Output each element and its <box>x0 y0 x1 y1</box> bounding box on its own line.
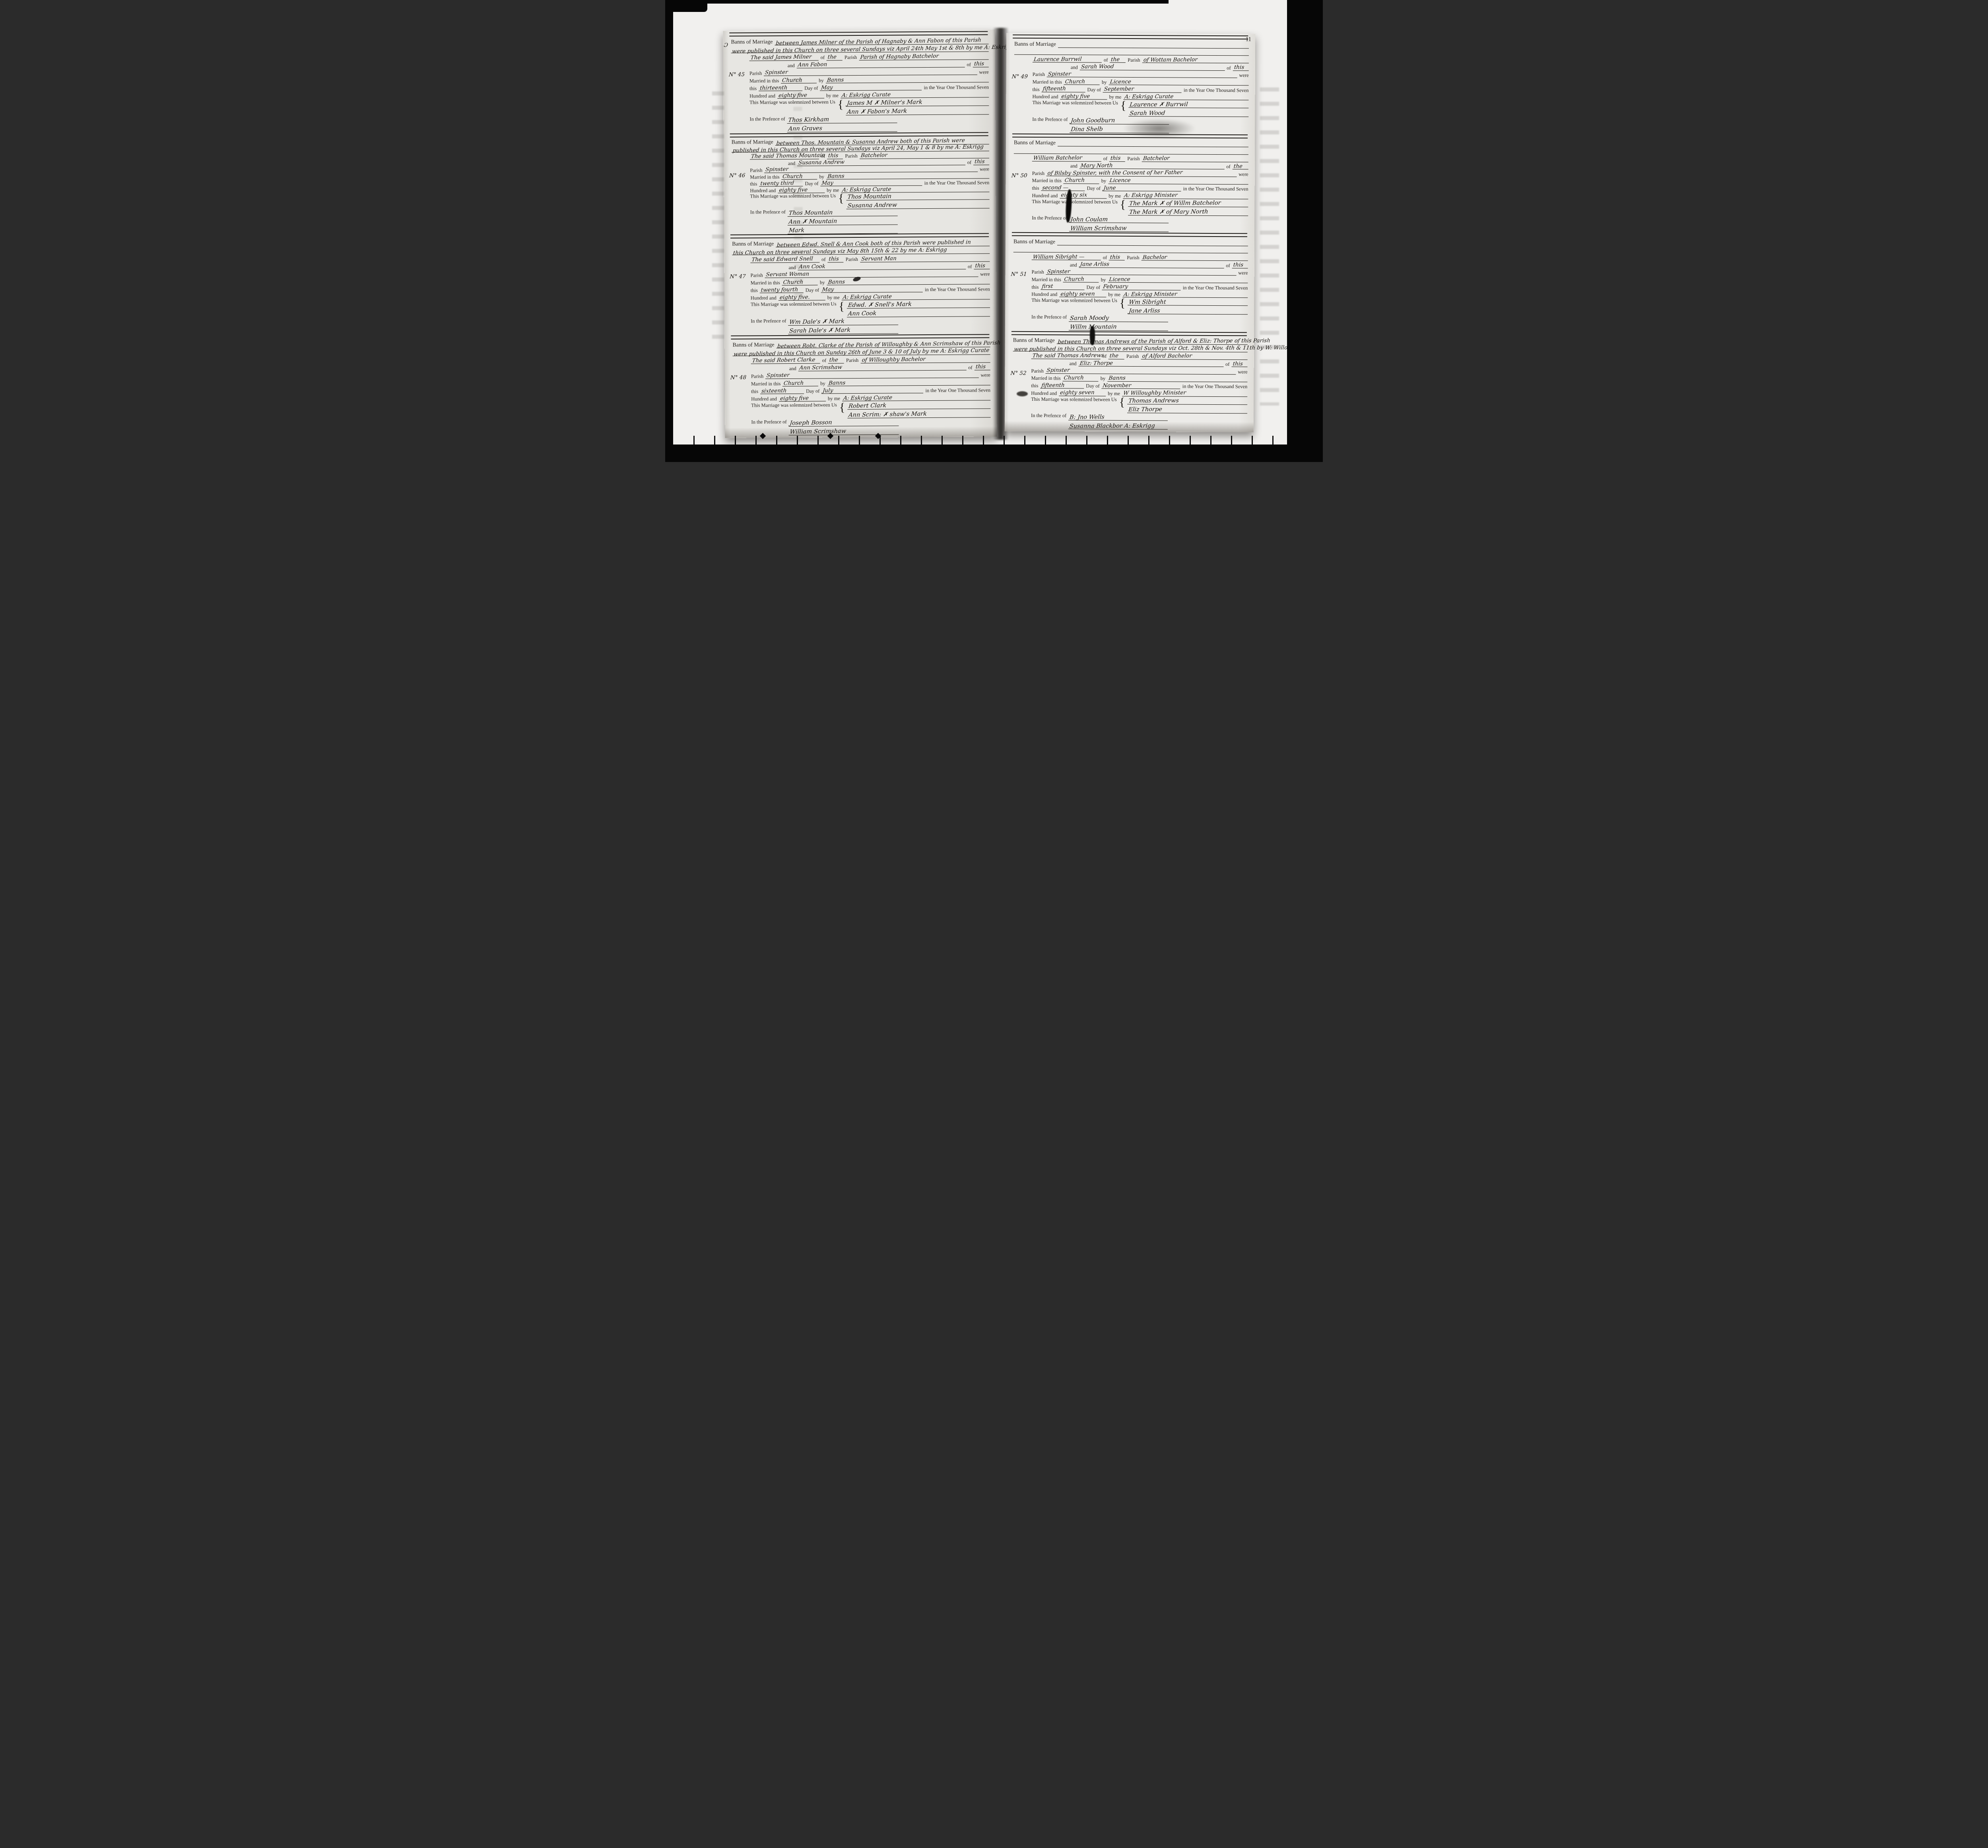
day-of-label: Day of <box>1087 186 1101 191</box>
married-line: Married in this Church by Banns <box>751 379 990 386</box>
hundred-and-label: Hundred and <box>1031 391 1057 396</box>
witness-2-field: Willm Mountain <box>1069 323 1168 331</box>
groom-signature-field: Thos Mountain <box>846 192 989 200</box>
marriage-day: twenty fourth <box>761 287 798 293</box>
officiant-signature: A: Eskrigg Curate <box>843 395 892 401</box>
bride-signature: Ann Scrim: ✗ shaw's Mark <box>848 411 927 418</box>
groom-signature-field: Wm Sibright <box>1128 298 1248 306</box>
day-of-label: Day of <box>1086 384 1099 389</box>
of-entry: this <box>1233 64 1249 71</box>
record-body: N° 45 Banns of Marriage between James Mi… <box>728 37 989 133</box>
bride-parish: Spinster <box>1048 72 1071 77</box>
film-edge-top-left <box>665 0 707 12</box>
solemnized-line: This Marriage was solemnized between Us … <box>751 402 990 419</box>
groom-signature: Laurence ✗ Burrwil <box>1129 101 1188 107</box>
groom-parish: of Willoughby Bachelor <box>862 357 926 363</box>
bride-line: and Eliz: Thorpe of this <box>1070 360 1248 367</box>
bride-line: and Jane Arliss of this <box>1070 261 1248 268</box>
year-line-label: in the Year One Thousand Seven <box>1183 186 1248 192</box>
brace-glyph: { <box>839 301 845 312</box>
marriage-year: eighty five <box>1061 94 1090 99</box>
marriage-month: November <box>1103 383 1132 388</box>
solemnized-label: This Marriage was solemnized between Us <box>1031 298 1117 303</box>
bride-name: Ann Cook <box>799 264 826 270</box>
parish-label: Parish <box>751 273 763 278</box>
solemnized-label: This Marriage was solemnized between Us <box>1032 199 1118 204</box>
right-page-records: N° 49 Banns of Marriage Laurence Burrwil… <box>1005 33 1255 433</box>
of-entry: this <box>1232 262 1248 268</box>
of-label: of <box>968 264 972 269</box>
and-label: and <box>788 161 795 166</box>
witness-2-signature: William Scrimshaw <box>1070 225 1127 231</box>
year-line: Hundred and eighty six by me A: Eskrigg … <box>1032 192 1248 199</box>
record-body: N° 49 Banns of Marriage Laurence Burrwil… <box>1011 40 1249 134</box>
of-entry: the <box>828 357 844 363</box>
of-label: of <box>1226 164 1230 169</box>
hundred-and-label: Hundred and <box>751 295 777 301</box>
banns-label: Banns of Marriage <box>1013 239 1055 245</box>
groom-parish-field: Servant Man <box>860 255 990 262</box>
film-edge-right <box>1287 0 1323 462</box>
bride-name-field: Jane Arliss <box>1079 261 1224 268</box>
were-label: were <box>979 70 989 75</box>
presence-label: In the Prefence of <box>751 419 786 425</box>
solemnized-label: This Marriage was solemnized between Us <box>751 402 837 408</box>
by-me-label: by me <box>826 93 839 99</box>
groom-signature-field: Edwd. ✗ Snell's Mark <box>847 301 990 309</box>
officiant-signature: A: Eskrigg Curate <box>843 294 892 300</box>
month-field: May <box>820 83 922 91</box>
witness-2-field: Dina Shelb <box>1070 126 1169 133</box>
witness-1-field: B: Jno Wells <box>1068 413 1168 421</box>
witness-signatures: B: Jno Wells Susanna Blackbor A: Eskrigg <box>1068 413 1168 430</box>
year-field: eighty six <box>1060 192 1107 199</box>
bride-name: Jane Arliss <box>1080 262 1110 268</box>
were-label: were <box>980 167 989 172</box>
witness-line: In the Prefence of Joseph Bosson William… <box>751 418 990 435</box>
this-label: this <box>1033 87 1040 92</box>
were-label: were <box>1238 369 1247 375</box>
date-line: this fifteenth Day of November in the Ye… <box>1031 382 1247 389</box>
church-entry: Church <box>1064 277 1085 282</box>
groom-signature-field: Robert Clark <box>847 402 990 410</box>
groom-parish-field: Batchelor <box>860 151 989 159</box>
marriage-record: N° 51 Banns of Marriage William Sibright… <box>1011 232 1248 332</box>
groom-line: The said Thomas Andrews of the Parish of… <box>1031 352 1248 359</box>
year-line: Hundred and eighty five by me A: Eskrigg… <box>1032 93 1248 100</box>
of-label: of <box>1227 66 1231 71</box>
parish-label: Parish <box>751 374 763 379</box>
bride-name-field: Ann Cook <box>798 262 966 270</box>
year-line-label: in the Year One Thousand Seven <box>924 85 989 90</box>
brace-glyph: { <box>1119 397 1125 407</box>
groom-signature-field: Thomas Andrews <box>1127 397 1247 405</box>
groom-name: Laurence Burrwil <box>1033 56 1082 62</box>
marriage-year: eighty five. <box>779 295 810 301</box>
marriage-year: eighty seven <box>1060 390 1095 396</box>
bride-name-field: Mary North <box>1079 162 1225 170</box>
year-line-label: in the Year One Thousand Seven <box>924 180 990 186</box>
church-field: Church <box>1064 177 1099 184</box>
month-field: September <box>1103 85 1182 93</box>
banns-label: Banns of Marriage <box>732 343 774 349</box>
church-entry: Church <box>782 174 803 179</box>
groom-line: William Batchelor of this Parish Batchel… <box>1032 154 1248 162</box>
solemnized-line: This Marriage was solemnized between Us … <box>750 192 989 210</box>
church-entry: Church <box>782 78 803 83</box>
groom-name: William Batchelor <box>1033 155 1082 161</box>
hundred-and-label: Hundred and <box>1032 193 1058 198</box>
solemnized-line: This Marriage was solemnized between Us … <box>1032 199 1248 215</box>
marriage-year: eighty six <box>1060 193 1087 198</box>
groom-name-field: The said Edward Snell <box>750 256 819 263</box>
year-line: Hundred and eighty five by me A: Eskrigg… <box>749 91 989 99</box>
method-field: Banns <box>1107 375 1247 382</box>
year-line: Hundred and eighty five by me A: Eskrigg… <box>751 394 990 402</box>
solemnized-line: This Marriage was solemnized between Us … <box>749 99 989 116</box>
marriage-day: thirteenth <box>759 85 788 91</box>
witness-1-signature: John Goodburn <box>1071 118 1116 124</box>
method-field: Licence <box>1109 78 1248 86</box>
marriage-day: fifteenth <box>1043 86 1066 92</box>
marriage-month: February <box>1103 284 1128 290</box>
witness-signatures: Thos Mountain Ann ✗ Mountain Mark <box>788 209 898 234</box>
groom-name-field: The said Thomas Mountain <box>750 152 819 159</box>
and-label: and <box>1071 65 1078 70</box>
groom-parish: Servant Man <box>861 256 897 262</box>
solemnized-line: This Marriage was solemnized between Us … <box>1031 396 1247 413</box>
left-page-records: N° 45 Banns of Marriage between James Mi… <box>723 29 997 438</box>
bride-of-word: this <box>975 364 986 370</box>
day-of-label: Day of <box>805 181 818 186</box>
witness-1-field: Sarah Moody <box>1069 314 1168 322</box>
officiant-field: A: Eskrigg Curate <box>842 293 990 301</box>
bride-parish: of Bilsby Spinster, with the Consent of … <box>1047 170 1183 177</box>
married-in-this-label: Married in this <box>1032 178 1062 183</box>
groom-parish: Parish of Hagnaby Batchelor <box>860 54 939 60</box>
bride-name-field: Eliz: Thorpe <box>1079 360 1224 367</box>
married-line: Married in this Church by Licence <box>1032 177 1248 184</box>
brace-glyph: { <box>839 402 845 413</box>
by-label: by <box>1102 80 1107 85</box>
by-me-label: by me <box>1109 194 1121 199</box>
of-entry: this <box>973 60 989 67</box>
groom-line: The said Edward Snell of this Parish Ser… <box>750 255 990 263</box>
groom-parish-field: of Alford Bachelor <box>1141 353 1247 360</box>
by-me-label: by me <box>1109 95 1121 100</box>
brace-glyph: { <box>1120 199 1126 210</box>
day-field: sixteenth <box>760 387 804 394</box>
by-label: by <box>820 381 825 386</box>
month-field: July <box>821 386 923 394</box>
marriage-record: N° 47 Banns of Marriage between Edwd. Sn… <box>730 233 990 335</box>
parish-label: Parish <box>1032 270 1044 275</box>
bride-parish: Spinster <box>766 373 790 379</box>
date-line: this sixteenth Day of July in the Year O… <box>751 386 990 394</box>
parish-label: Parish <box>1128 58 1140 63</box>
this-label: this <box>1031 383 1038 388</box>
parish-label: Parish <box>1031 369 1043 374</box>
banns-entry-line-1 <box>1058 41 1249 49</box>
day-field: fifteenth <box>1042 85 1085 92</box>
marriage-year: eighty five <box>779 187 808 193</box>
marriage-method: Licence <box>1110 79 1132 85</box>
film-edge-bottom <box>665 445 1323 462</box>
officiant-field: A: Eskrigg Curate <box>841 186 989 193</box>
groom-signature: The Mark ✗ of Willm Batchelor <box>1129 200 1221 207</box>
banns-line-2: this Church on three several Sundays viz… <box>732 247 990 255</box>
solemnized-label: This Marriage was solemnized between Us <box>1031 396 1117 402</box>
of-entry: this <box>828 256 844 262</box>
parish-label: Parish <box>846 358 858 363</box>
bride-name-field: Susanna Andrew <box>797 158 965 166</box>
bride-parish-line: Parish Spinster were <box>1032 268 1248 276</box>
witness-2-field: Ann Graves <box>787 124 897 132</box>
date-line: this twenty fourth Day of May in the Yea… <box>751 285 990 293</box>
officiant-field: W Willoughby Minister <box>1122 390 1247 397</box>
bride-parish-line: Parish Spinster were <box>1033 70 1249 78</box>
marriage-month: July <box>823 388 834 394</box>
witness-signatures: Sarah Moody Willm Mountain <box>1069 314 1168 331</box>
marriage-year: eighty five <box>780 396 809 402</box>
witness-3-signature: Mark <box>788 228 805 234</box>
banns-line-1: Banns of Marriage <box>1013 238 1248 246</box>
witness-2-signature: Ann Graves <box>788 126 823 132</box>
year-field: eighty five <box>1060 93 1107 100</box>
banns-entry-line-1 <box>1057 239 1248 246</box>
couple-signatures: Thomas Andrews Eliz Thorpe <box>1127 397 1247 413</box>
parish-label: Parish <box>749 71 762 76</box>
were-label: were <box>981 373 990 378</box>
bride-line: and Ann Scrimshaw of this <box>789 363 990 371</box>
were-label: were <box>980 272 990 277</box>
record-body: N° 50 Banns of Marriage William Batchelo… <box>1011 139 1248 233</box>
church-field: Church <box>782 380 818 386</box>
witness-2-signature: Willm Mountain <box>1070 324 1117 330</box>
banns-line-1: Banns of Marriage <box>1014 140 1248 148</box>
marriage-record: N° 50 Banns of Marriage William Batchelo… <box>1011 133 1248 233</box>
married-in-this-label: Married in this <box>749 78 779 84</box>
this-label: this <box>749 86 757 91</box>
banns-label: Banns of Marriage <box>1013 338 1055 344</box>
day-field: twenty third <box>759 180 803 187</box>
witness-signatures: Thos Kirkham Ann Graves <box>787 116 897 132</box>
parish-label: Parish <box>1032 171 1044 176</box>
parish-label: Parish <box>846 257 858 262</box>
married-line: Married in this Church by Licence <box>1031 276 1248 283</box>
marriage-year: eighty five <box>778 93 807 99</box>
of-label: of <box>1226 263 1230 268</box>
marriage-method: Licence <box>1109 178 1131 184</box>
by-me-label: by me <box>827 295 840 301</box>
witness-line: In the Prefence of Wm Dale's ✗ Mark Sara… <box>751 317 990 334</box>
record-separator <box>1013 35 1248 40</box>
witness-2-signature: Ann ✗ Mountain <box>788 219 837 225</box>
bride-name: Eliz: Thorpe <box>1079 361 1113 366</box>
bride-parish: Spinster <box>765 70 788 76</box>
bride-line: and Sarah Wood of this <box>1071 63 1249 71</box>
date-line: this first Day of February in the Year O… <box>1031 283 1248 291</box>
marriage-method: Banns <box>827 174 845 179</box>
banns-line-2 <box>1013 246 1248 254</box>
banns-line-1: Banns of Marriage between Thomas Andrews… <box>1013 337 1248 345</box>
day-of-label: Day of <box>804 86 818 91</box>
officiant-field: A: Eskrigg Curate <box>842 394 990 402</box>
groom-name-field: William Sibright — <box>1032 253 1101 260</box>
witness-1-signature: B: Jno Wells <box>1069 414 1105 420</box>
bride-of-word: this <box>975 263 986 269</box>
witness-line: In the Prefence of John Goodburn Dina Sh… <box>1032 117 1248 134</box>
bride-parish: Servant Woman <box>766 272 810 278</box>
banns-entry-line-2 <box>1013 246 1248 254</box>
witness-2-field: William Scrimshaw <box>1069 225 1169 232</box>
witness-2-signature: Sarah Dale's ✗ Mark <box>789 328 851 334</box>
day-of-label: Day of <box>1086 285 1100 290</box>
bride-of-word: this <box>1234 65 1244 70</box>
marriage-day: first <box>1042 284 1053 289</box>
church-field: Church <box>1063 375 1099 381</box>
were-label: were <box>1238 270 1248 276</box>
record-number: N° 49 <box>1011 74 1028 80</box>
bride-parish-field: Servant Woman <box>765 270 978 278</box>
church-entry: Church <box>783 280 804 285</box>
of-label: of <box>1103 156 1107 161</box>
groom-name-field: William Batchelor <box>1032 154 1101 161</box>
this-label: this <box>751 389 758 394</box>
marriage-month: May <box>821 181 834 186</box>
year-line-label: in the Year One Thousand Seven <box>1183 285 1248 291</box>
banns-label: Banns of Marriage <box>1014 42 1056 48</box>
groom-parish: Bachelor <box>1142 255 1167 260</box>
by-label: by <box>1101 278 1106 283</box>
record-separator <box>729 31 988 36</box>
banns-entry-line-1: between Thomas Andrews of the Parish of … <box>1057 337 1248 345</box>
banns-text-2: this Church on three several Sundays viz… <box>733 247 947 256</box>
bride-parish: Spinster <box>765 167 789 173</box>
of-label: of <box>1225 362 1229 367</box>
groom-name: William Sibright — <box>1033 254 1085 260</box>
of-entry: this <box>1109 155 1125 161</box>
of-entry: this <box>974 262 990 269</box>
married-line: Married in this Church by Licence <box>1033 78 1249 85</box>
by-label: by <box>820 280 825 285</box>
hundred-and-label: Hundred and <box>749 93 775 99</box>
marriage-method: Banns <box>828 280 845 285</box>
married-line: Married in this Church by Banns <box>1031 374 1247 382</box>
bride-signature: The Mark ✗ of Mary North <box>1129 209 1208 215</box>
bride-parish-line: Parish of Bilsby Spinster, with the Cons… <box>1032 169 1248 177</box>
banns-entry-line-2: this Church on three several Sundays viz… <box>732 247 990 255</box>
bride-line: and Ann Fabon of this <box>788 60 989 68</box>
record-number: N° 50 <box>1011 173 1027 179</box>
bride-name: Mary North <box>1080 163 1113 169</box>
groom-line: The said Robert Clarke of the Parish of … <box>751 356 990 364</box>
witness-1-field: Thos Kirkham <box>787 116 897 123</box>
day-field: thirteenth <box>759 84 802 91</box>
officiant-field: A: Eskrigg Minister <box>1123 192 1248 199</box>
witness-2-signature: Dina Shelb <box>1070 127 1103 133</box>
marriage-month: May <box>822 287 834 293</box>
method-field: Licence <box>1108 276 1248 283</box>
solemnized-line: This Marriage was solemnized between Us … <box>751 301 990 318</box>
method-field: Banns <box>827 278 990 285</box>
bride-parish-field: Spinster <box>764 68 977 76</box>
marriage-day: fifteenth <box>1041 383 1065 388</box>
officiant-field: A: Eskrigg Curate <box>1123 93 1248 100</box>
bride-signature: Susanna Andrew <box>847 202 897 209</box>
marriage-day: twenty third <box>760 181 794 186</box>
bride-parish-line: Parish Servant Woman were <box>750 270 990 278</box>
solemnized-line: This Marriage was solemnized between Us … <box>1032 100 1248 117</box>
bride-parish-field: Spinster <box>1046 268 1237 276</box>
couple-signatures: Wm Sibright Jane Arliss <box>1128 298 1248 314</box>
officiant-signature: A: Eskrigg Minister <box>1123 292 1177 297</box>
solemnized-line: This Marriage was solemnized between Us … <box>1031 298 1248 314</box>
groom-name: The said Robert Clarke <box>752 357 815 364</box>
parish-label: Parish <box>845 153 857 159</box>
married-in-this-label: Married in this <box>751 381 780 387</box>
record-body: N° 52 Banns of Marriage between Thomas A… <box>1010 336 1248 431</box>
married-line: Married in this Church by Banns <box>751 278 990 285</box>
witness-1-signature: Sarah Moody <box>1070 315 1109 321</box>
officiant-signature: A: Eskrigg Curate <box>842 187 891 193</box>
groom-parish-field: Parish of Hagnaby Batchelor <box>859 53 988 60</box>
marriage-month: June <box>1103 185 1116 191</box>
marriage-method: Licence <box>1109 277 1130 282</box>
and-label: and <box>788 265 796 270</box>
bride-parish: Spinster <box>1047 269 1070 275</box>
witness-line: In the Prefence of B: Jno Wells Susanna … <box>1031 413 1247 430</box>
record-number: N° 47 <box>730 274 746 280</box>
film-ruler-ticks <box>674 436 1287 445</box>
witness-signatures: Wm Dale's ✗ Mark Sarah Dale's ✗ Mark <box>788 318 898 334</box>
groom-line: The said James Milner of the Parish Pari… <box>749 53 989 61</box>
bride-signature-field: Ann Scrim: ✗ shaw's Mark <box>847 410 990 418</box>
day-of-label: Day of <box>806 288 819 293</box>
month-field: November <box>1102 382 1180 389</box>
by-me-label: by me <box>1108 292 1120 297</box>
of-entry: the <box>827 54 843 60</box>
record-number: N° 46 <box>729 173 745 179</box>
witness-1-signature: John Coulam <box>1070 217 1108 223</box>
by-label: by <box>1101 376 1106 381</box>
banns-line-1: Banns of Marriage <box>1014 41 1249 49</box>
parish-label: Parish <box>845 55 857 60</box>
of-entry: the <box>1233 163 1248 169</box>
this-label: this <box>1032 186 1039 191</box>
groom-parish-field: of Willoughby Bachelor <box>860 356 990 363</box>
year-field: eighty five <box>778 186 825 194</box>
year-line: Hundred and eighty five. by me A: Eskrig… <box>751 293 990 301</box>
witness-1-signature: Thos Kirkham <box>788 117 829 123</box>
married-in-this-label: Married in this <box>1033 80 1062 85</box>
by-me-label: by me <box>828 396 840 402</box>
of-label: of <box>967 160 971 165</box>
witness-1-signature: Thos Mountain <box>788 210 833 216</box>
of-entry: the <box>1109 352 1124 359</box>
month-field: May <box>821 285 923 293</box>
banns-line-2 <box>1014 147 1248 155</box>
bride-parish-field: Spinster <box>1046 367 1236 375</box>
witness-line: In the Prefence of Thos Mountain Ann ✗ M… <box>750 208 990 234</box>
married-in-this-label: Married in this <box>1031 277 1061 282</box>
marriage-year: eighty seven <box>1060 291 1095 297</box>
method-field: Licence <box>1108 177 1248 184</box>
groom-parish: Batchelor <box>860 153 887 159</box>
bride-name-field: Sarah Wood <box>1080 63 1225 71</box>
marriage-month: September <box>1104 87 1134 92</box>
bride-of-word: this <box>1233 361 1243 367</box>
